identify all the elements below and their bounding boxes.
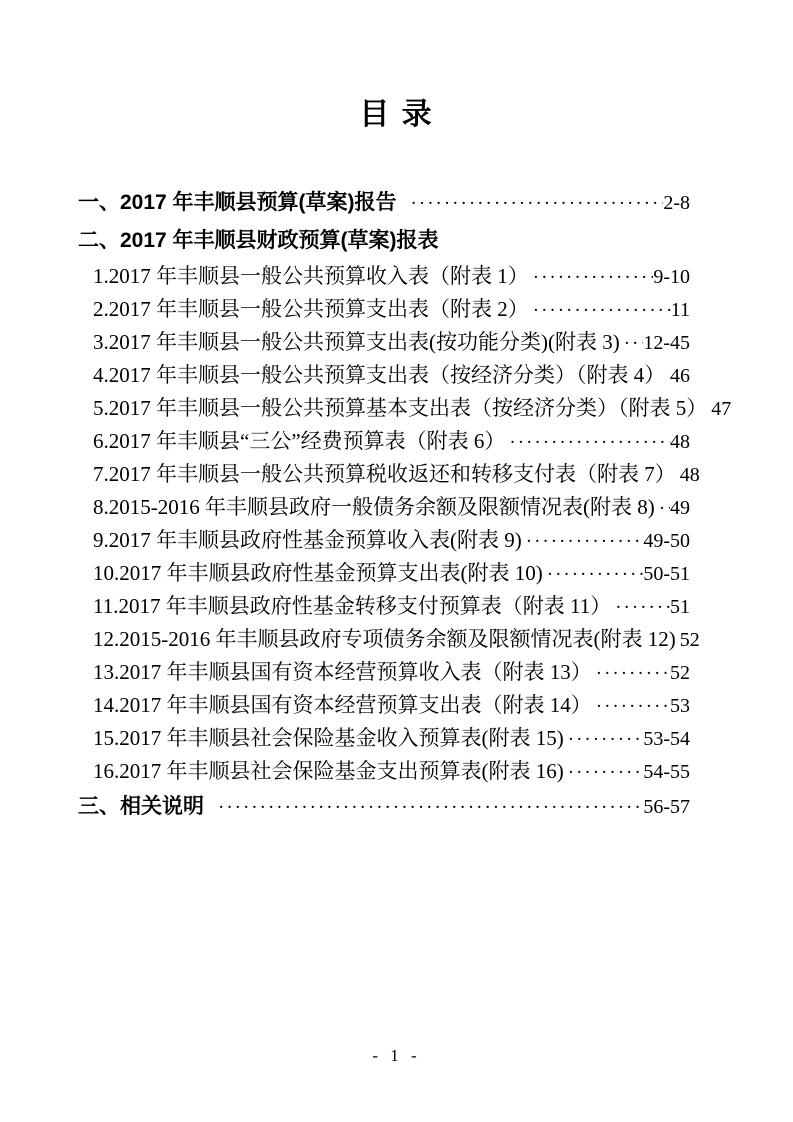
toc-entry: 三、相关说明··································… [78, 788, 690, 826]
toc-leader-dots: ········································… [509, 426, 670, 459]
toc-entry-label: 三、相关说明 [78, 788, 204, 826]
toc-entry: 二、2017 年丰顺县财政预算(草案)报表 [78, 222, 690, 260]
toc-entry: 10.2017 年丰顺县政府性基金预算支出表(附表 10)···········… [78, 557, 690, 590]
toc-leader-dots: ········································… [533, 261, 654, 294]
toc-entry: 14.2017 年丰顺县国有资本经营预算支出表（附表 14）··········… [78, 689, 690, 722]
toc-entry-label: 6.2017 年丰顺县“三公”经费预算表（附表 6） [93, 425, 505, 458]
toc-page-number: 56-57 [643, 788, 690, 826]
document-page: 目 录 一、2017 年丰顺县预算(草案)报告·················… [0, 0, 793, 1122]
toc-page-number: 50-51 [643, 558, 690, 591]
toc-leader-dots: ········································… [596, 657, 670, 690]
toc-entry: 7.2017 年丰顺县一般公共预算税收返还和转移支付表（附表 7）·······… [78, 458, 690, 491]
toc-entry-label: 12.2015-2016 年丰顺县政府专项债务余额及限额情况表(附表 12) [93, 623, 676, 656]
toc-entry: 11.2017 年丰顺县政府性基金转移支付预算表（附表 11）·········… [78, 590, 690, 623]
page-title: 目 录 [0, 0, 793, 136]
toc-entry-label: 16.2017 年丰顺县社会保险基金支出预算表(附表 16) [93, 755, 564, 788]
toc-entry: 3.2017 年丰顺县一般公共预算支出表(按功能分类)(附表 3)·······… [78, 326, 690, 359]
toc-page-number: 48 [680, 459, 700, 492]
toc-entry-label: 10.2017 年丰顺县政府性基金预算支出表(附表 10) [93, 557, 543, 590]
toc-page-number: 51 [670, 591, 690, 624]
toc-leader-dots: ········································… [411, 185, 664, 223]
toc-leader-dots: ········································… [568, 756, 644, 789]
toc-entry-label: 5.2017 年丰顺县一般公共预算基本支出表（按经济分类）（附表 5） [93, 392, 707, 425]
toc-entry: 12.2015-2016 年丰顺县政府专项债务余额及限额情况表(附表 12)··… [78, 623, 690, 656]
toc-page-number: 53-54 [643, 723, 690, 756]
toc-entry: 1.2017 年丰顺县一般公共预算收入表（附表 1）··············… [78, 260, 690, 293]
toc-leader-dots: ········································… [659, 492, 670, 525]
toc-page-number: 46 [670, 360, 690, 393]
toc-entry-label: 8.2015-2016 年丰顺县政府一般债务余额及限额情况表(附表 8) [93, 491, 655, 524]
toc-entry-label: 二、2017 年丰顺县财政预算(草案)报表 [78, 222, 439, 260]
toc-entry: 8.2015-2016 年丰顺县政府一般债务余额及限额情况表(附表 8)····… [78, 491, 690, 524]
toc-page-number: 2-8 [663, 184, 690, 222]
toc-page-number: 49 [670, 492, 690, 525]
toc-leader-dots: ········································… [615, 591, 670, 624]
toc-entry: 13.2017 年丰顺县国有资本经营预算收入表（附表 13）··········… [78, 656, 690, 689]
toc-leader-dots: ········································… [568, 723, 644, 756]
toc-entry-label: 15.2017 年丰顺县社会保险基金收入预算表(附表 15) [93, 722, 564, 755]
toc-page-number: 53 [670, 690, 690, 723]
toc-entry: 9.2017 年丰顺县政府性基金预算收入表(附表 9)·············… [78, 524, 690, 557]
toc-page-number: 54-55 [643, 756, 690, 789]
toc-leader-dots: ········································… [526, 525, 644, 558]
toc-entry-label: 4.2017 年丰顺县一般公共预算支出表（按经济分类）（附表 4） [93, 359, 665, 392]
toc-leader-dots: ········································… [218, 789, 643, 827]
toc-leader-dots: ········································… [596, 690, 670, 723]
toc-entry-label: 1.2017 年丰顺县一般公共预算收入表（附表 1） [93, 260, 529, 293]
toc-entry: 16.2017 年丰顺县社会保险基金支出预算表(附表 16)··········… [78, 755, 690, 788]
toc-page-number: 47 [711, 393, 731, 426]
toc-entry: 4.2017 年丰顺县一般公共预算支出表（按经济分类）（附表 4）·······… [78, 359, 690, 392]
toc-leader-dots: ········································… [533, 294, 671, 327]
toc-entry: 6.2017 年丰顺县“三公”经费预算表（附表 6）··············… [78, 425, 690, 458]
toc-entry-label: 7.2017 年丰顺县一般公共预算税收返还和转移支付表（附表 7） [93, 458, 676, 491]
toc-leader-dots: ········································… [547, 558, 644, 591]
toc-entry: 2.2017 年丰顺县一般公共预算支出表（附表 2）··············… [78, 293, 690, 326]
toc-entry: 5.2017 年丰顺县一般公共预算基本支出表（按经济分类）（附表 5）·····… [78, 392, 690, 425]
toc-entry-label: 9.2017 年丰顺县政府性基金预算收入表(附表 9) [93, 524, 522, 557]
toc-entry: 15.2017 年丰顺县社会保险基金收入预算表(附表 15)··········… [78, 722, 690, 755]
toc-page-number: 52 [680, 624, 700, 657]
toc-entry-label: 3.2017 年丰顺县一般公共预算支出表(按功能分类)(附表 3) [93, 326, 620, 359]
toc-entry-label: 13.2017 年丰顺县国有资本经营预算收入表（附表 13） [93, 656, 592, 689]
toc-page-number: 9-10 [653, 261, 690, 294]
toc-page-number: 49-50 [643, 525, 690, 558]
toc-list: 一、2017 年丰顺县预算(草案)报告·····················… [0, 184, 793, 826]
toc-page-number: 52 [670, 657, 690, 690]
page-number-footer: - 1 - [0, 1046, 793, 1066]
toc-entry-label: 一、2017 年丰顺县预算(草案)报告 [78, 184, 397, 222]
toc-entry-label: 14.2017 年丰顺县国有资本经营预算支出表（附表 14） [93, 689, 592, 722]
toc-leader-dots: ········································… [624, 327, 644, 360]
toc-page-number: 48 [670, 426, 690, 459]
toc-page-number: 12-45 [643, 327, 690, 360]
toc-entry: 一、2017 年丰顺县预算(草案)报告·····················… [78, 184, 690, 222]
toc-entry-label: 2.2017 年丰顺县一般公共预算支出表（附表 2） [93, 293, 529, 326]
toc-entry-label: 11.2017 年丰顺县政府性基金转移支付预算表（附表 11） [93, 590, 611, 623]
toc-page-number: 11 [671, 294, 690, 327]
